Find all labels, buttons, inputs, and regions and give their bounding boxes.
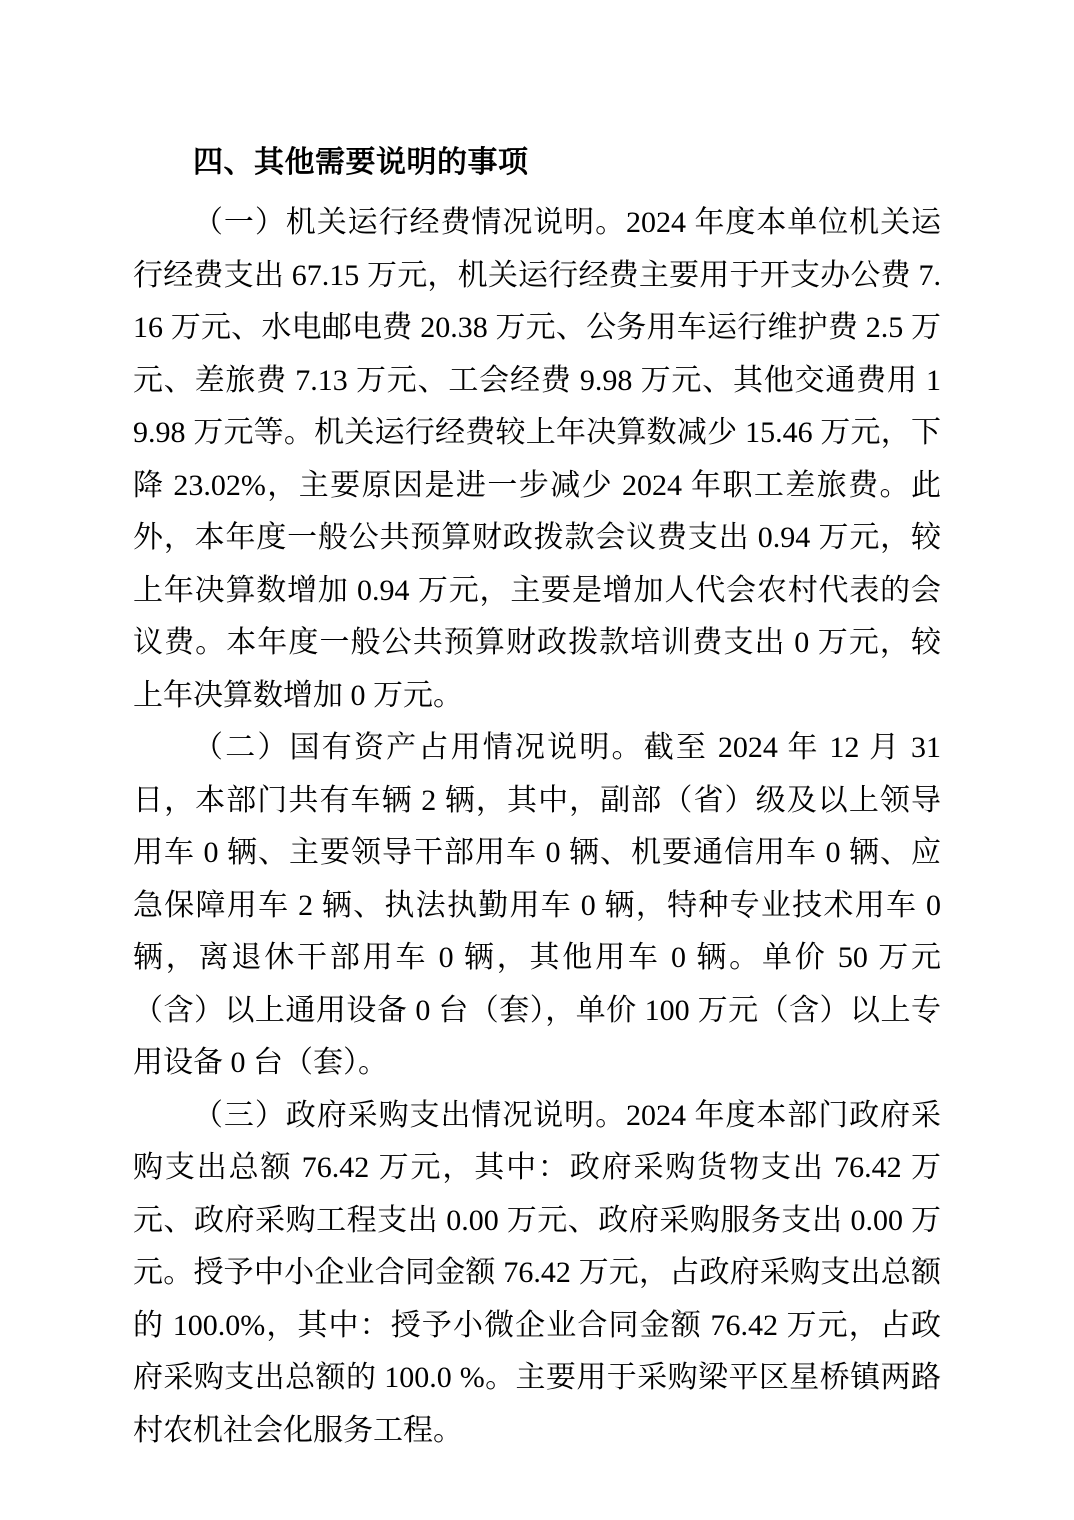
paragraph-operating-expenses: （一）机关运行经费情况说明。2024 年度本单位机关运行经费支出 67.15 万… [133, 197, 941, 722]
paragraph-state-assets: （二）国有资产占用情况说明。截至 2024 年 12 月 31 日，本部门共有车… [133, 722, 941, 1090]
paragraph-government-procurement: （三）政府采购支出情况说明。2024 年度本部门政府采购支出总额 76.42 万… [133, 1090, 941, 1458]
document-page: 四、其他需要说明的事项 （一）机关运行经费情况说明。2024 年度本单位机关运行… [0, 0, 1074, 1520]
section-heading: 四、其他需要说明的事项 [133, 137, 941, 189]
